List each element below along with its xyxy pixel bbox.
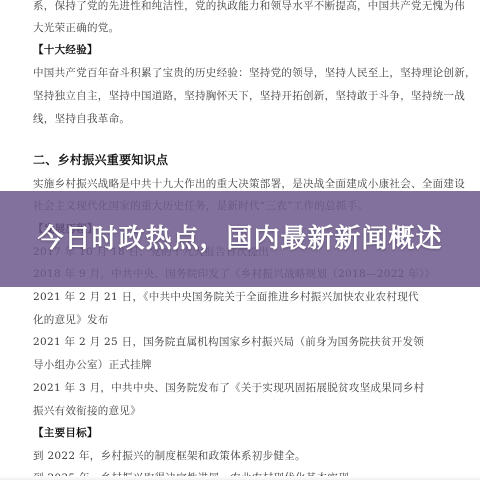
doc-line: 线，坚持自我革命。	[33, 111, 130, 126]
page-bottom-edge	[0, 476, 480, 480]
banner-title: 今日时政热点，国内最新新闻概述	[20, 222, 460, 256]
section-title-rural-revitalization: 二、乡村振兴重要知识点	[33, 151, 168, 168]
doc-line: 导小组办公室）正式挂牌	[33, 357, 152, 372]
doc-line: 系，保持了党的先进性和纯洁性，党的执政能力和领导水平不断提高，中国共产党无愧为伟	[33, 0, 465, 13]
section-heading-main-goals: 【主要目标】	[33, 425, 98, 440]
doc-line: 到 2022 年，乡村振兴的制度框架和政策体系初步健全。	[33, 448, 306, 463]
doc-line: 化的意见》发布	[33, 312, 109, 327]
section-heading-ten-experiences: 【十大经验】	[33, 42, 98, 57]
doc-line: 中国共产党百年奋斗积累了宝贵的历史经验：坚持党的领导，坚持人民至上，坚持理论创新…	[33, 65, 476, 80]
doc-line: 大光荣正确的党。	[33, 20, 119, 35]
doc-line: 2021 年 2 月 21 日，《中共中央国务院关于全面推进乡村振兴加快农业农村…	[33, 289, 419, 304]
doc-line: 振兴有效衔接的意见》	[33, 403, 141, 418]
doc-line: 实施乡村振兴战略是中共十九大作出的重大决策部署，是决战全面建成小康社会、全面建设	[33, 176, 465, 191]
title-banner: 今日时政热点，国内最新新闻概述	[0, 191, 480, 287]
doc-line: 2021 年 3 月，中共中央、国务院发布了《关于实现巩固拓展脱贫攻坚成果同乡村	[33, 380, 424, 395]
doc-line: 2021 年 2 月 25 日，国务院直属机构国家乡村振兴局（前身为国务院扶贫开…	[33, 334, 424, 349]
doc-line: 坚持独立自主，坚持中国道路，坚持胸怀天下，坚持开拓创新，坚持敢于斗争，坚持统一战	[33, 88, 465, 103]
